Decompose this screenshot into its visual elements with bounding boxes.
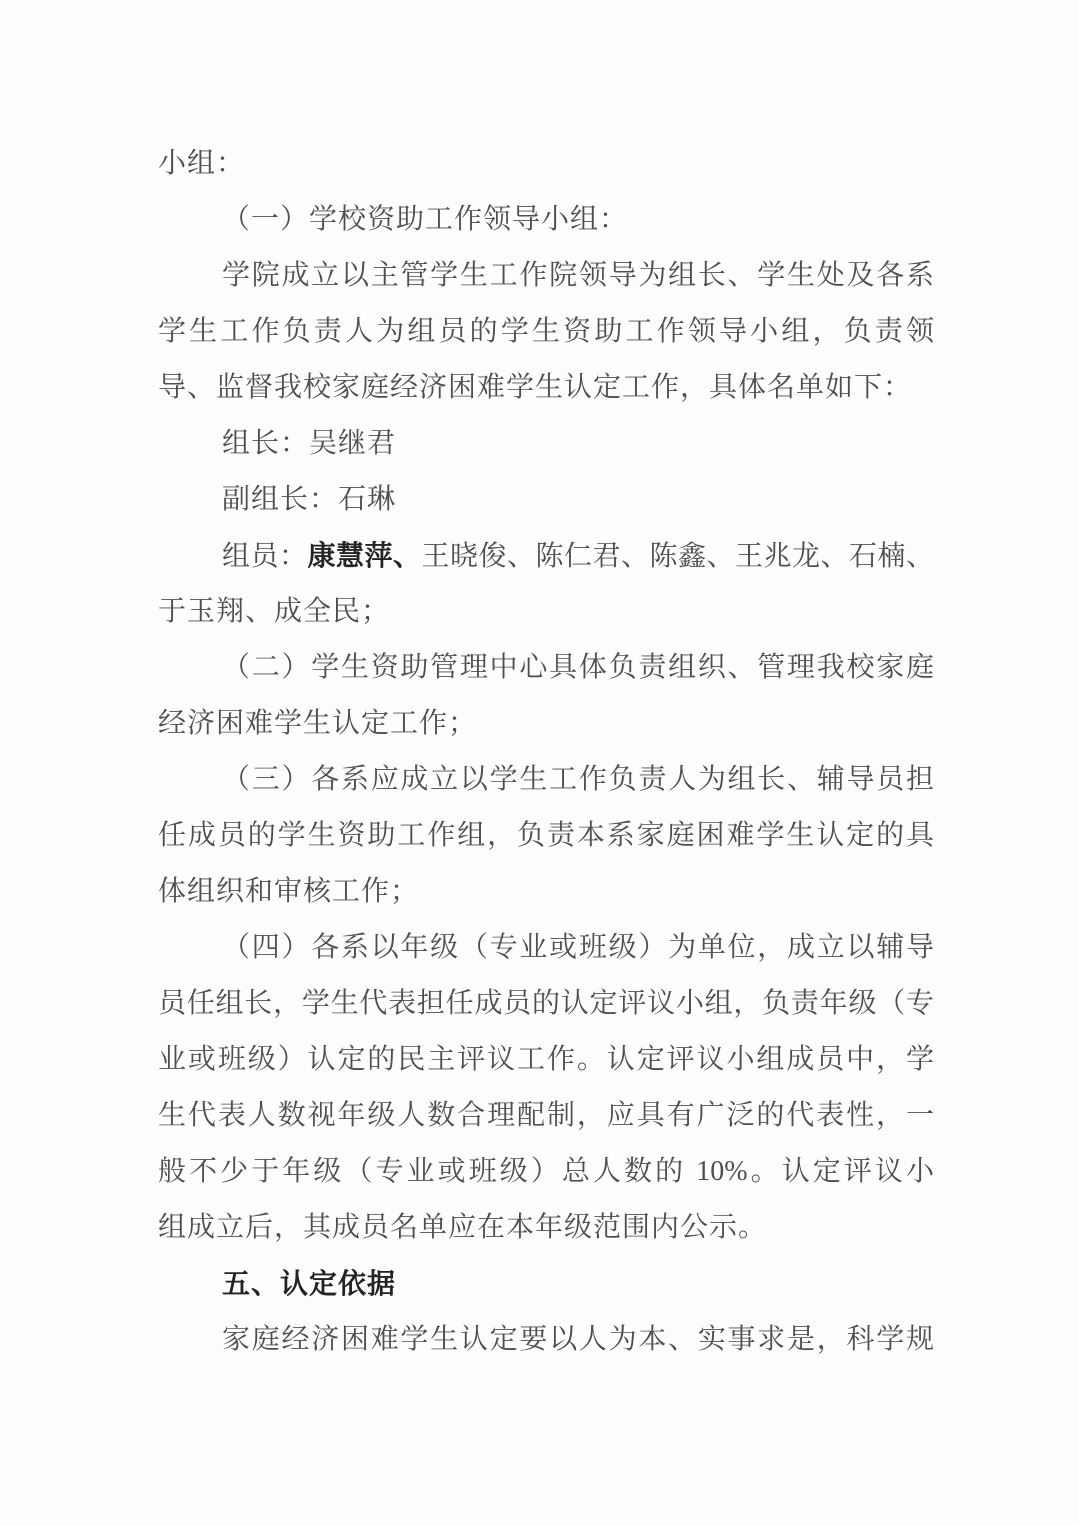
item-four-line-3: 业或班级）认定的民主评议工作。认定评议小组成员中，学: [158, 1032, 934, 1088]
member-name-bold: 康慧萍、: [308, 540, 422, 571]
item-three-line-3: 体组织和审核工作；: [158, 864, 934, 920]
item-two-line-2: 经济困难学生认定工作；: [158, 696, 934, 752]
members-line: 组员：康慧萍、王晓俊、陈仁君、陈鑫、王兆龙、石楠、: [158, 528, 934, 584]
leading-group-para-line-3: 导、监督我校家庭经济困难学生认定工作，具体名单如下：: [158, 360, 934, 416]
item-three-line-2: 任成员的学生资助工作组，负责本系家庭困难学生认定的具: [158, 808, 934, 864]
members-rest: 王晓俊、陈仁君、陈鑫、王兆龙、石楠、: [422, 541, 934, 572]
leading-group-para-line-1: 学院成立以主管学生工作院领导为组长、学生处及各系: [158, 248, 934, 304]
item-four-line-4: 生代表人数视年级人数合理配制，应具有广泛的代表性，一: [158, 1088, 934, 1144]
item-four-line-5: 般不少于年级（专业或班级）总人数的 10%。认定评议小: [158, 1144, 934, 1200]
carryover-line: 小组：: [158, 136, 934, 192]
deputy-group-leader-line: 副组长：石琳: [158, 472, 934, 528]
item-three-line-1: （三）各系应成立以学生工作负责人为组长、辅导员担: [158, 752, 934, 808]
item-two-line-1: （二）学生资助管理中心具体负责组织、管理我校家庭: [158, 640, 934, 696]
group-leader-line: 组长：吴继君: [158, 416, 934, 472]
members-continuation-line: 于玉翔、成全民；: [158, 584, 934, 640]
document-page: 小组： （一）学校资助工作领导小组： 学院成立以主管学生工作院领导为组长、学生处…: [0, 0, 1079, 1526]
item-four-line-1: （四）各系以年级（专业或班级）为单位，成立以辅导: [158, 920, 934, 976]
members-label: 组员：: [222, 541, 308, 572]
section-five-heading: 五、认定依据: [158, 1256, 934, 1312]
item-four-line-6: 组成立后，其成员名单应在本年级范围内公示。: [158, 1200, 934, 1256]
document-text-block: 小组： （一）学校资助工作领导小组： 学院成立以主管学生工作院领导为组长、学生处…: [158, 136, 934, 1368]
item-one-title-line: （一）学校资助工作领导小组：: [158, 192, 934, 248]
basis-para-line-1: 家庭经济困难学生认定要以人为本、实事求是，科学规: [158, 1312, 934, 1368]
leading-group-para-line-2: 学生工作负责人为组员的学生资助工作领导小组，负责领: [158, 304, 934, 360]
item-four-line-2: 员任组长，学生代表担任成员的认定评议小组，负责年级（专: [158, 976, 934, 1032]
